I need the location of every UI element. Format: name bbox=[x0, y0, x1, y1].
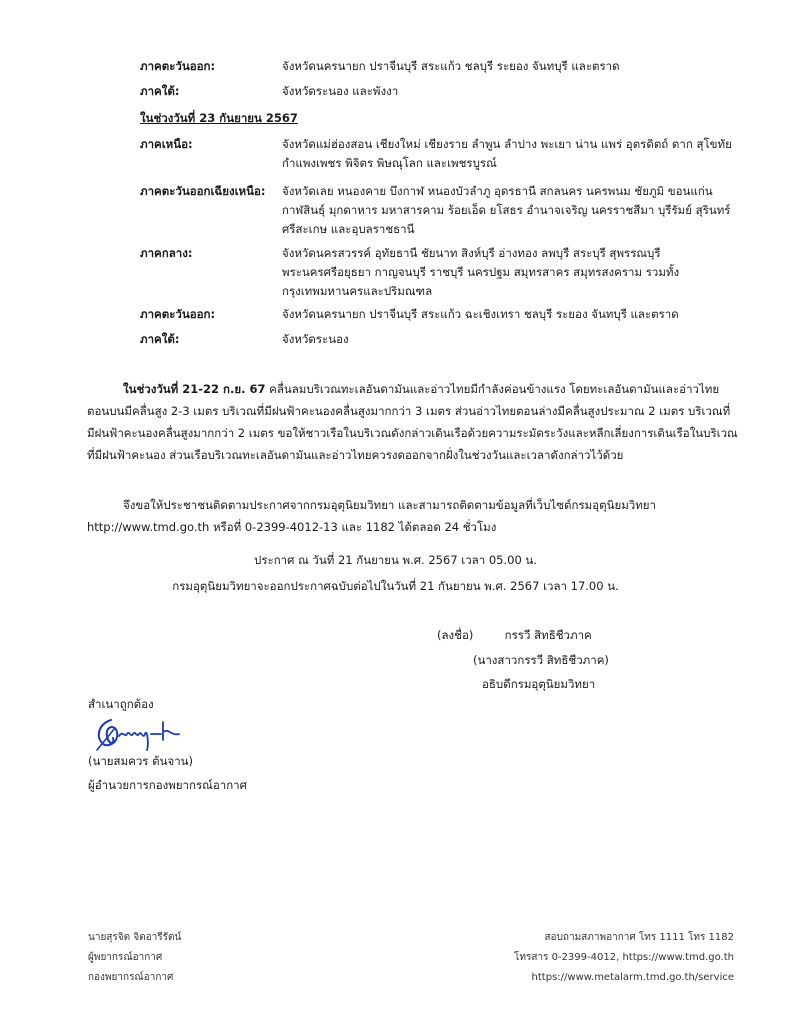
contact-fax-website[interactable]: โทรสาร 0-2399-4012, https://www.tmd.go.t… bbox=[514, 948, 734, 968]
forecaster-division: กองพยากรณ์อากาศ bbox=[88, 968, 181, 988]
signed-prefix: (ลงชื่อ) bbox=[437, 628, 473, 642]
region-label: ภาคเหนือ: bbox=[140, 135, 193, 154]
certifier-name: (นายสมควร ต้นจาน) bbox=[88, 752, 193, 770]
signatory-position: อธิบดีกรมอุตุนิยมวิทยา bbox=[482, 675, 595, 693]
date-heading-23-sept: ในช่วงวันที่ 23 กันยายน 2567 bbox=[140, 109, 298, 128]
region-label: ภาคใต้: bbox=[140, 330, 179, 349]
paragraph-line: http://www.tmd.go.th หรือที่ 0-2399-4012… bbox=[87, 516, 737, 538]
date-range-bold: ในช่วงวันที่ 21-22 ก.ย. 67 bbox=[123, 382, 266, 396]
contact-service-link[interactable]: https://www.metalarm.tmd.go.th/service bbox=[514, 968, 734, 988]
signatory-full-name: (นางสาวกรรวี สิทธิชีวภาค) bbox=[473, 651, 609, 669]
paragraph-line: ที่มีฝนฟ้าคะนอง ส่วนเรือบริเวณทะเลอันดาม… bbox=[87, 444, 737, 466]
region-label: ภาคกลาง: bbox=[140, 244, 192, 263]
paragraph-text: คลื่นลมบริเวณทะเลอันดามันและอ่าวไทยมีกำล… bbox=[266, 382, 720, 396]
region-provinces: จังหวัดนครสวรรค์ อุทัยธานี ชัยนาท สิงห์บ… bbox=[282, 244, 752, 301]
contact-phone: สอบถามสภาพอากาศ โทร 1111 โทร 1182 bbox=[514, 928, 734, 948]
footer-forecaster: นายสุรจิต จิตอารีรัตน์ ผู้พยากรณ์อากาศ ก… bbox=[88, 928, 181, 988]
wave-warning-paragraph: ในช่วงวันที่ 21-22 ก.ย. 67 คลื่นลมบริเวณ… bbox=[87, 378, 737, 466]
region-provinces: จังหวัดระนอง และพังงา bbox=[282, 82, 752, 101]
paragraph-line: ตอนบนมีคลื่นสูง 2-3 เมตร บริเวณที่มีฝนฟ้… bbox=[87, 400, 737, 422]
region-provinces: จังหวัดระนอง bbox=[282, 330, 752, 349]
paragraph-line: ในช่วงวันที่ 21-22 ก.ย. 67 คลื่นลมบริเวณ… bbox=[87, 378, 737, 400]
certifier-position: ผู้อำนวยการกองพยากรณ์อากาศ bbox=[88, 776, 247, 794]
forecaster-role: ผู้พยากรณ์อากาศ bbox=[88, 948, 181, 968]
issued-datetime: ประกาศ ณ วันที่ 21 กันยายน พ.ศ. 2567 เวล… bbox=[0, 551, 791, 569]
region-label: ภาคตะวันออก: bbox=[140, 305, 215, 324]
region-label: ภาคตะวันออกเฉียงเหนือ: bbox=[140, 182, 265, 201]
paragraph-line: มีฝนฟ้าคะนองคลื่นสูงมากกว่า 2 เมตร ขอให้… bbox=[87, 422, 737, 444]
forecaster-name: นายสุรจิต จิตอารีรัตน์ bbox=[88, 928, 181, 948]
region-label: ภาคตะวันออก: bbox=[140, 57, 215, 76]
weather-announcement-page: ภาคตะวันออก: จังหวัดนครนายก ปราจีนบุรี ส… bbox=[0, 0, 791, 1024]
signed-name: กรรวี สิทธิชีวภาค bbox=[505, 628, 592, 642]
region-provinces: จังหวัดเลย หนองคาย บึงกาฬ หนองบัวลำภู อุ… bbox=[282, 182, 752, 239]
region-provinces: จังหวัดนครนายก ปราจีนบุรี สระแก้ว ฉะเชิง… bbox=[282, 305, 752, 324]
signed-line: (ลงชื่อ) กรรวี สิทธิชีวภาค bbox=[437, 626, 592, 644]
region-label: ภาคใต้: bbox=[140, 82, 179, 101]
region-provinces: จังหวัดแม่ฮ่องสอน เชียงใหม่ เชียงราย ลำพ… bbox=[282, 135, 752, 173]
region-provinces: จังหวัดนครนายก ปราจีนบุรี สระแก้ว ชลบุรี… bbox=[282, 57, 752, 76]
paragraph-line: จึงขอให้ประชาชนติดตามประกาศจากกรมอุตุนิย… bbox=[87, 494, 737, 516]
footer-contact: สอบถามสภาพอากาศ โทร 1111 โทร 1182 โทรสาร… bbox=[514, 928, 734, 988]
handwritten-signature-icon bbox=[93, 714, 183, 754]
follow-advice-paragraph: จึงขอให้ประชาชนติดตามประกาศจากกรมอุตุนิย… bbox=[87, 494, 737, 538]
next-announcement: กรมอุตุนิยมวิทยาจะออกประกาศฉบับต่อไปในวั… bbox=[0, 577, 791, 595]
certified-copy-label: สำเนาถูกต้อง bbox=[88, 695, 154, 713]
